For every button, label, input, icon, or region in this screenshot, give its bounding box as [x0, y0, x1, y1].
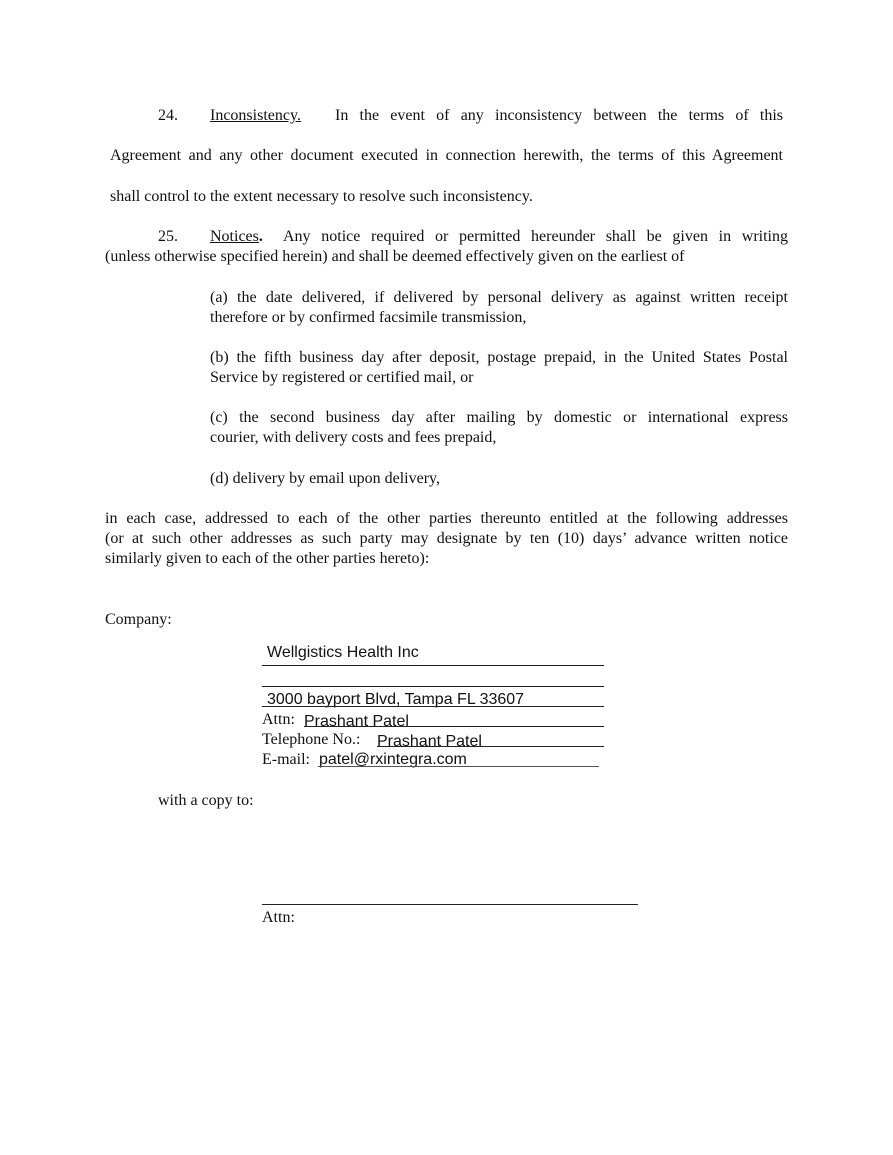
copy-to-attn-label: Attn:: [262, 908, 295, 928]
item-a-line-2: therefore or by confirmed facsimile tran…: [210, 308, 526, 328]
section-25-heading-text: Notices: [210, 228, 259, 245]
item-c-line-2: courier, with delivery costs and fees pr…: [210, 428, 496, 448]
section-24-line-2: Agreement and any other document execute…: [110, 146, 783, 166]
telephone-field[interactable]: Prashant Patel: [377, 733, 482, 751]
section-24-line-3: shall control to the extent necessary to…: [110, 187, 533, 207]
closing-line-1: in each case, addressed to each of the o…: [105, 509, 788, 529]
copy-to-label: with a copy to:: [158, 791, 254, 811]
attn-field[interactable]: Prashant Patel: [304, 713, 409, 731]
section-24-line-1: In the event of any inconsistency betwee…: [335, 106, 783, 126]
attn-label: Attn:: [262, 710, 295, 730]
item-d-line-1: (d) delivery by email upon delivery,: [210, 469, 440, 489]
section-24-number: 24.: [158, 106, 178, 126]
email-underline: [318, 766, 599, 767]
section-24-heading: Inconsistency.: [210, 106, 301, 126]
company-address-underline: [262, 706, 604, 707]
item-a-line-1: (a) the date delivered, if delivered by …: [210, 288, 788, 308]
closing-line-3: similarly given to each of the other par…: [105, 549, 429, 569]
section-25-line-2: (unless otherwise specified herein) and …: [105, 247, 684, 267]
telephone-underline: [377, 746, 604, 747]
company-address-line-2-underline: [262, 686, 604, 687]
company-name-field[interactable]: Wellgistics Health Inc: [267, 644, 419, 662]
section-25-line-1: Any notice required or permitted hereund…: [283, 227, 788, 247]
attn-underline: [304, 726, 604, 727]
company-label: Company:: [105, 610, 172, 630]
copy-to-underline: [262, 904, 638, 905]
item-b-line-1: (b) the fifth business day after deposit…: [210, 348, 788, 368]
section-25-number-text: 25.: [158, 228, 178, 245]
item-c-line-1: (c) the second business day after mailin…: [210, 408, 788, 428]
section-25-heading: Notices.: [210, 227, 263, 247]
company-name-underline: [262, 665, 604, 666]
closing-line-2: (or at such other addresses as such part…: [105, 529, 788, 549]
section-25-number: 25.: [158, 227, 178, 247]
telephone-label: Telephone No.:: [262, 730, 360, 750]
section-25-heading-punct: .: [259, 228, 263, 245]
item-b-line-2: Service by registered or certified mail,…: [210, 368, 473, 388]
email-label: E-mail:: [262, 750, 310, 770]
